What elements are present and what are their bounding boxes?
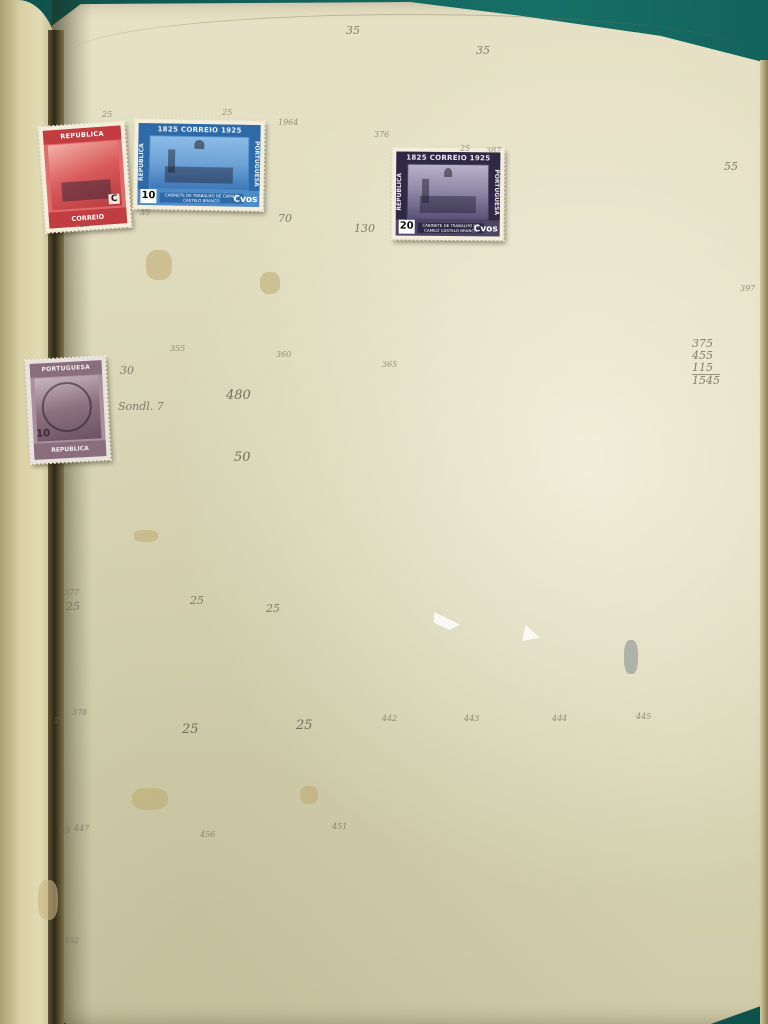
pencil-note: 397 [740,284,755,293]
pencil-note: 35 [140,208,150,217]
vignette-desk [164,167,233,184]
pencil-note: 378 [72,708,87,717]
pencil-note: 1964 [278,118,298,127]
pencil-note: 355 [170,344,185,353]
stamp-vignette [408,165,488,220]
hinge-mark [38,880,58,920]
pencil-note: 25 [66,600,80,613]
pencil-note: 130 [354,222,375,235]
pencil-note: 442 [382,714,397,723]
pencil-note: 480 [226,388,251,403]
pencil-note: 30 [120,364,134,377]
hinge-mark [134,530,158,542]
stamp-bottom-text: REPUBLICA PORTUGUESA [34,440,107,460]
pencil-note: 25 [460,144,470,153]
pencil-note: 70 [278,212,292,225]
hinge-mark [146,250,172,280]
vignette-detail [61,179,111,202]
hinge-mark [624,640,638,674]
stamp-vignette [150,136,249,190]
stamp-top-text: 1825 CORREIO 1925 [139,123,261,137]
page-right-edge [760,60,768,1024]
stamp-caption: CABINETE DE TRABALHO DE CAMILO CASTELO B… [159,192,243,203]
stamp-blue-10-cvos[interactable]: 1825 CORREIO 1925 REPUBLICA PORTUGUESA 1… [133,119,265,211]
stamp-unit: Cvos [233,195,257,205]
stamp-left-text: REPUBLICA [138,135,150,189]
stamp-value: 10 [35,427,52,442]
pencil-note: 456 [200,830,215,839]
pencil-note: 447 [74,824,89,833]
pencil-note: 443 [464,714,479,723]
pencil-note: 452 [64,936,79,945]
pencil-note: 35 [346,24,360,37]
stamp-top-text: 1825 CORREIO 1925 [396,152,500,165]
pencil-note: 360 [276,350,291,359]
pencil-note: 377 [64,588,79,597]
pencil-note: 451 [332,822,347,831]
sum-total: 1545 [692,375,720,387]
hinge-mark [260,272,280,294]
vignette-lamp [444,168,452,178]
stamp-value: 10 [140,189,156,203]
vignette-desk [420,196,476,213]
pencil-note: 445 [636,712,651,721]
pencil-note: 376 [374,130,389,139]
pencil-note: 25 [182,722,199,737]
pencil-note: 365 [382,360,397,369]
pencil-note: 25 [190,594,204,607]
hinge-mark [132,788,168,810]
stamp-left-text: REPUBLICA [396,164,407,220]
stamp-unit: C [109,194,120,205]
stamp-unit: Cvos [474,224,498,234]
stamp-right-text: PORTUGUESA [489,164,500,220]
stamp-violet-20-cvos[interactable]: 1825 CORREIO 1925 REPUBLICA PORTUGUESA 2… [392,148,505,241]
stamp-right-text: PORTUGUESA [249,137,261,191]
pencil-note: 25 [80,220,90,229]
vignette-lamp [194,140,204,150]
stamp-lilac-10-cancelled[interactable]: PORTUGUESA 10 REPUBLICA PORTUGUESA [25,356,110,464]
pencil-note: 25 [222,108,232,117]
pencil-note: 25 [296,718,313,733]
pencil-note: Sondl. 7 [118,400,164,413]
pencil-sum: 375 455 115 1545 [692,338,720,387]
pencil-note: 444 [552,714,567,723]
pencil-note: 25 [102,110,112,119]
pencil-note: 387 [486,146,501,155]
stamp-value: 20 [399,220,415,234]
pencil-note: 25 [266,602,280,615]
stamp-red-republica-portuguesa[interactable]: REPUBLICA PORTUGUESA C CORREIO [38,121,131,233]
pencil-note: 50 [234,450,251,465]
pencil-note: 55 [724,160,738,173]
pencil-note: 25 [54,716,64,725]
hinge-mark [300,786,318,804]
pencil-note: 35 [476,44,490,57]
pencil-note: 45 [60,826,70,835]
